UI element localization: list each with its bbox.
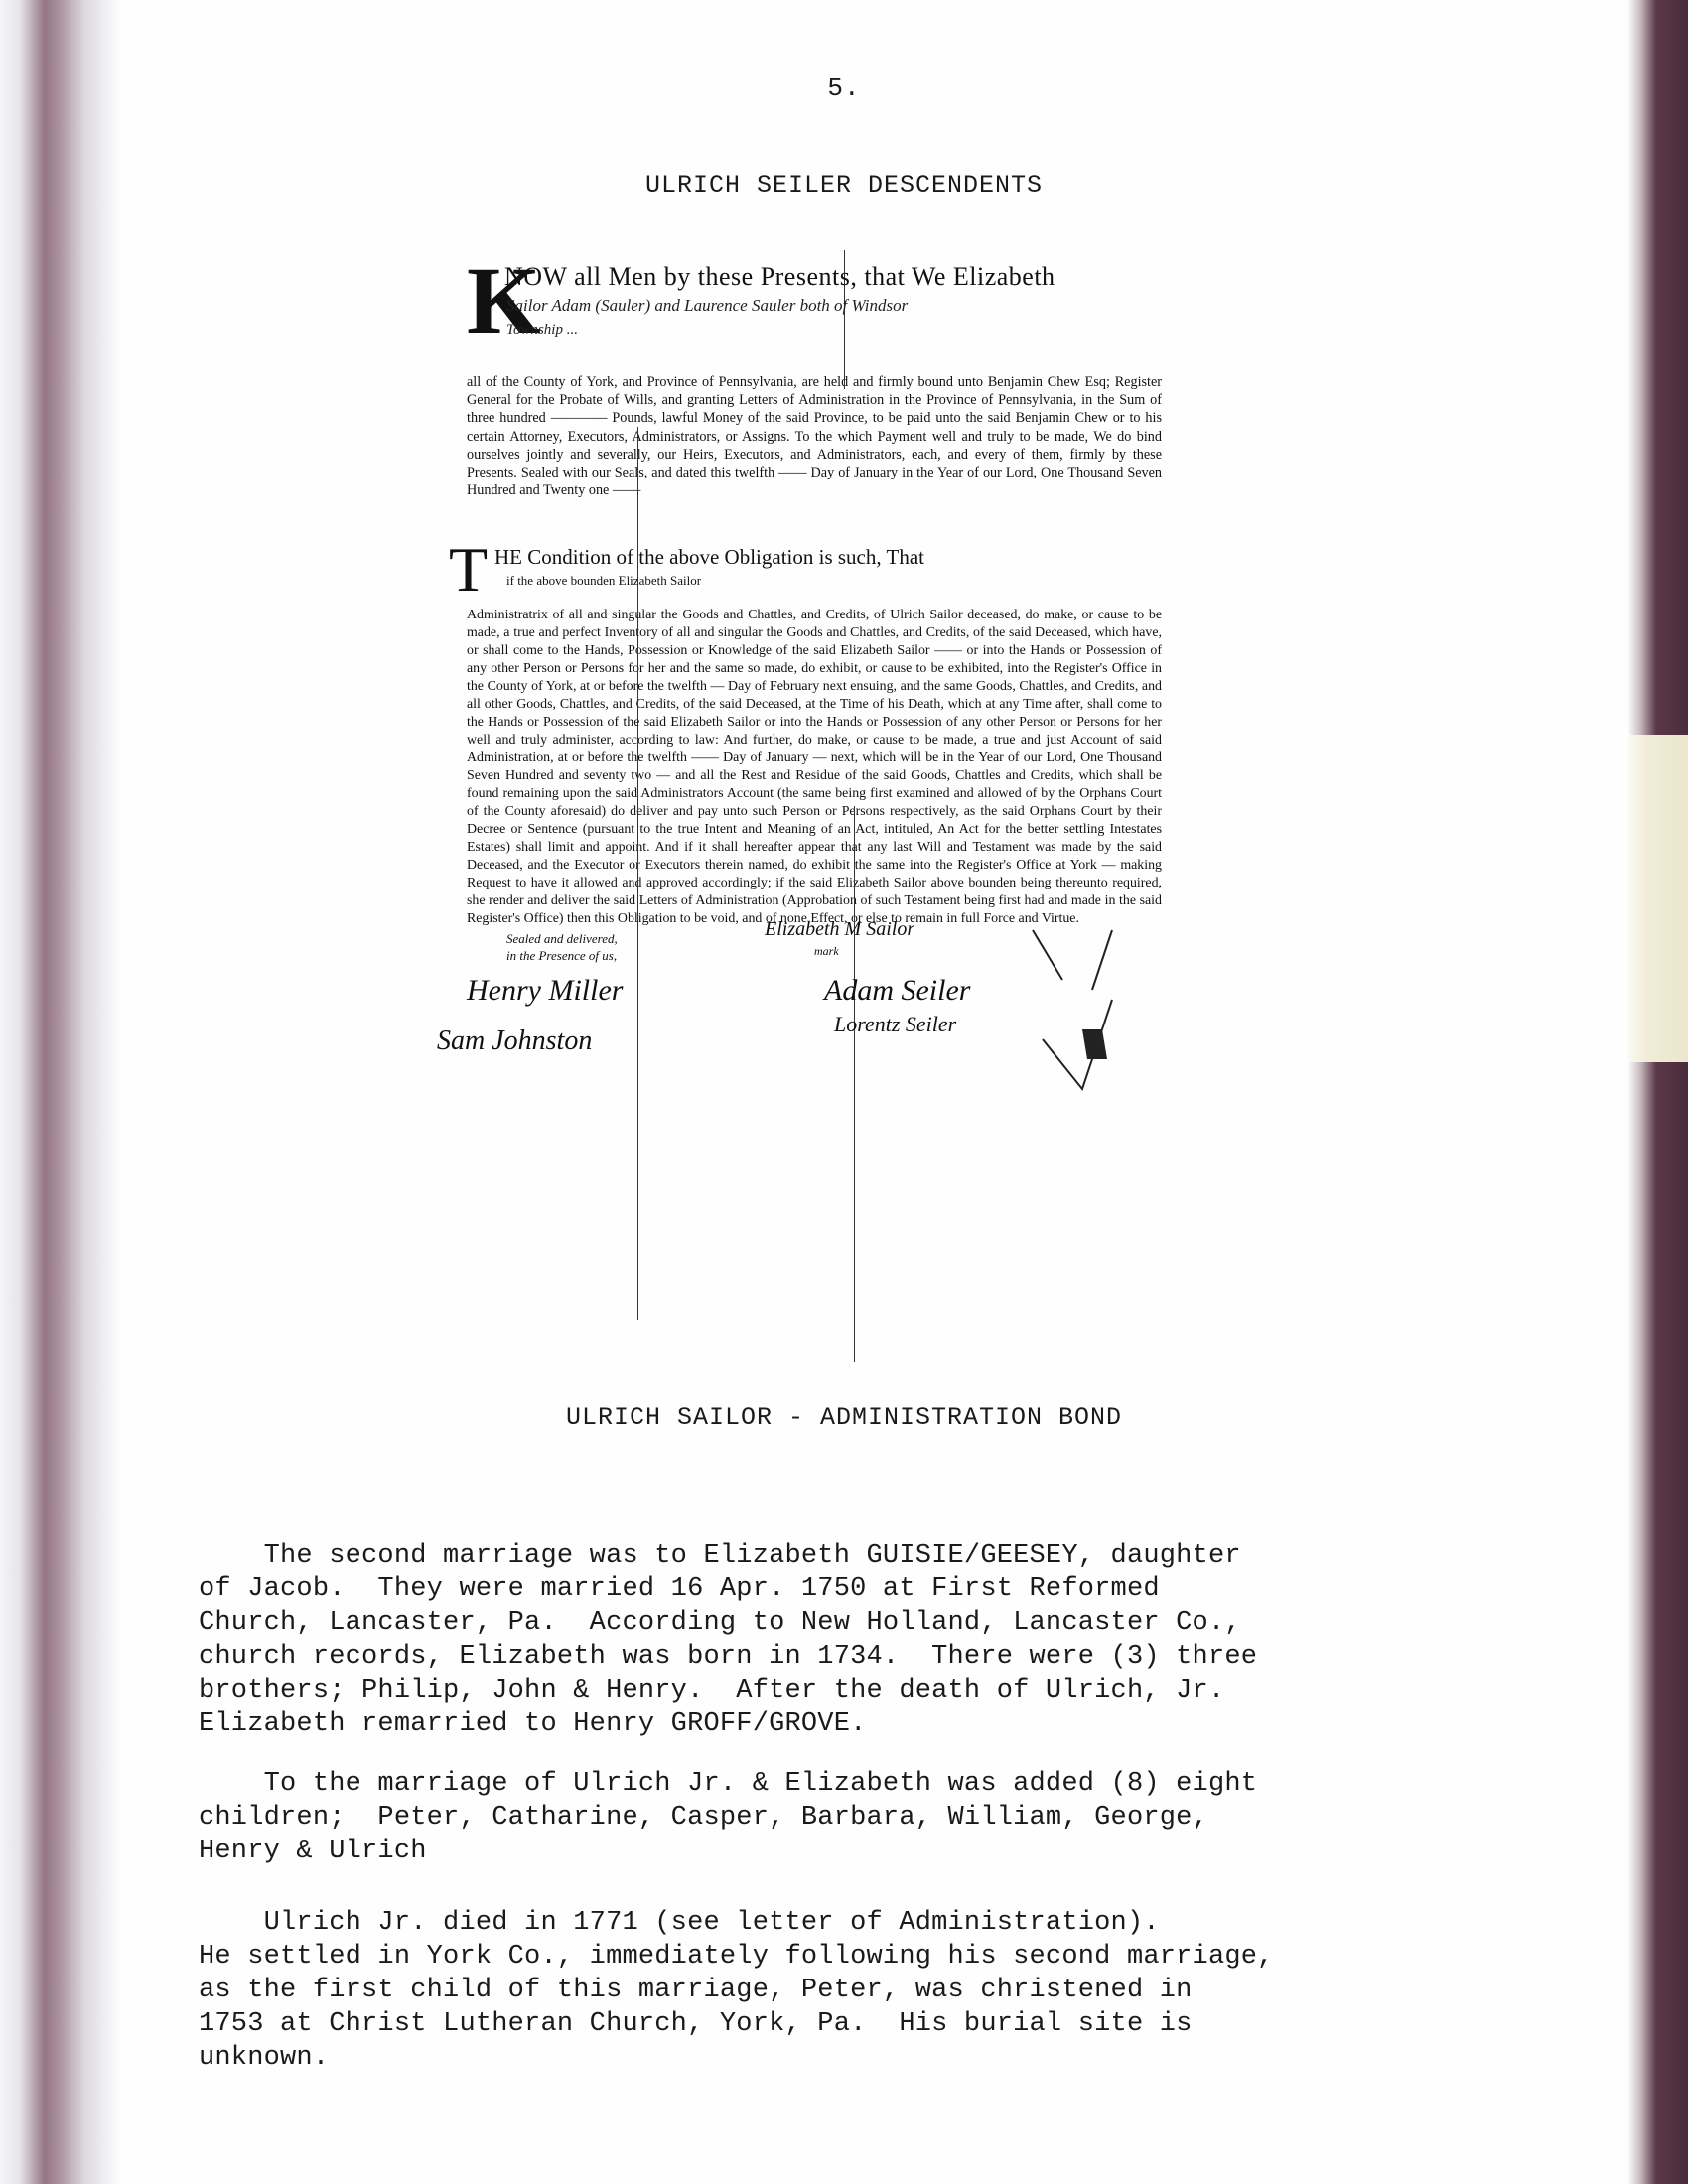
bond-paragraph-2: Administratrix of all and singular the G… [467, 607, 1162, 928]
signer-signature-3: Lorentz Seiler [834, 1012, 956, 1037]
page-title: ULRICH SEILER DESCENDENTS [0, 171, 1688, 200]
sealed-line-2: in the Presence of us, [506, 947, 618, 964]
sealed-line-1: Sealed and delivered, [506, 930, 618, 947]
signer-mark-label: mark [814, 944, 839, 959]
bond-obligation-text: all of the County of York, and Province … [467, 373, 1162, 499]
sealed-delivered-note: Sealed and delivered, in the Presence of… [506, 930, 618, 964]
witness-signature-1: Henry Miller [467, 974, 623, 1008]
condition-heading: T HE Condition of the above Obligation i… [467, 543, 1162, 599]
scan-edge-right-highlight [1628, 735, 1688, 1062]
bond-heading-line2: Sailor Adam (Sauler) and Laurence Sauler… [506, 296, 908, 316]
scan-edge-right [1628, 0, 1688, 2184]
seal-icon [1023, 920, 1142, 1099]
paragraph-second-marriage: The second marriage was to Elizabeth GUI… [199, 1539, 1489, 1741]
bond-heading-line1: NOW all Men by these Presents, that We E… [504, 262, 1055, 292]
bond-heading: K NOW all Men by these Presents, that We… [467, 260, 1162, 359]
signer-signature-1: Elizabeth M Sailor [765, 918, 914, 941]
signer-signature-2: Adam Seiler [824, 974, 970, 1008]
image-caption: ULRICH SAILOR - ADMINISTRATION BOND [0, 1403, 1688, 1432]
paragraph-children: To the marriage of Ulrich Jr. & Elizabet… [199, 1767, 1489, 1868]
scan-edge-left [0, 0, 119, 2184]
condition-heading-line1: HE Condition of the above Obligation is … [494, 545, 924, 570]
bond-paragraph-1: all of the County of York, and Province … [467, 373, 1162, 499]
witness-signature-2: Sam Johnston [437, 1025, 592, 1057]
paragraph-death: Ulrich Jr. died in 1771 (see letter of A… [199, 1906, 1489, 2075]
bond-heading-line3: Township ... [506, 322, 578, 339]
condition-dropcap: T [449, 541, 488, 599]
bond-condition-text: Administratrix of all and singular the G… [467, 607, 1162, 928]
administration-bond-image: K NOW all Men by these Presents, that We… [467, 260, 1162, 1352]
condition-heading-line2: if the above bounden Elizabeth Sailor [506, 573, 701, 589]
page-number: 5. [0, 73, 1688, 103]
signature-block: Sealed and delivered, in the Presence of… [467, 930, 1162, 1119]
